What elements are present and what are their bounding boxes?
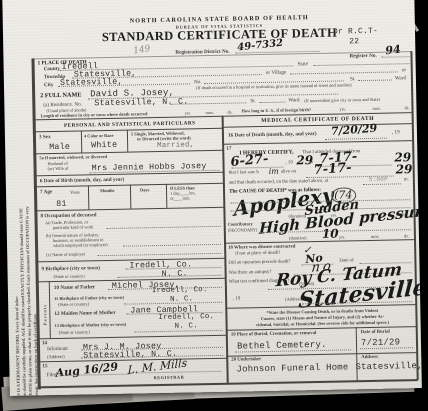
st-label: St. bbox=[350, 76, 356, 82]
months-label: Months bbox=[100, 188, 114, 193]
filed-number: 15 bbox=[42, 363, 47, 369]
years-label: Years bbox=[70, 190, 80, 195]
dotted-line bbox=[97, 253, 221, 256]
dotted-line bbox=[325, 138, 387, 140]
dotted-line bbox=[358, 80, 392, 82]
yrs-label: yrs. bbox=[184, 110, 191, 115]
residence-value: Statesville, N. C. bbox=[94, 96, 188, 108]
rule bbox=[37, 335, 227, 340]
occupation-label: 8 Occupation of deceased bbox=[40, 212, 96, 219]
dotted-line bbox=[107, 226, 221, 229]
occupation-b3-label: which employed (or employer) bbox=[53, 242, 108, 248]
dotted-line bbox=[314, 63, 410, 66]
sex-value: Male bbox=[49, 142, 70, 152]
date-of-death-value: 7/20/29 bbox=[330, 122, 377, 138]
contributory-label: Contributory bbox=[228, 221, 253, 226]
nonresident-note: (If nonresident give city or town and St… bbox=[304, 97, 380, 103]
burial-place-label: 19 Place of Burial, Cremation, or remova… bbox=[231, 331, 317, 338]
parents-vertical-label: Parents bbox=[42, 304, 47, 325]
rule bbox=[130, 185, 131, 209]
dotted-line bbox=[381, 56, 409, 58]
operation-label: Did an operation precede death? bbox=[228, 260, 290, 266]
age-value: 81 bbox=[56, 199, 67, 209]
foreign-birth-label: How long in U. S., if of foreign birth? bbox=[241, 107, 311, 113]
secondary-label: (SECONDARY) bbox=[228, 227, 258, 233]
dotted-line bbox=[259, 102, 285, 103]
residence-st-label: St. bbox=[250, 98, 256, 104]
marital-value: Married, bbox=[157, 141, 194, 150]
doctor-stamp: Dr R.C.T- bbox=[333, 27, 378, 37]
mos-label: mos. bbox=[372, 106, 381, 111]
from-19-label: , 19 bbox=[285, 160, 292, 165]
dotted-line bbox=[363, 183, 401, 185]
duration2-label: (duration) bbox=[289, 235, 307, 240]
duration2-value: 10 bbox=[322, 227, 339, 241]
undertaker-value: Johnson Funeral Home bbox=[236, 362, 348, 374]
mos-label: mos. bbox=[205, 110, 214, 115]
rule bbox=[166, 184, 167, 208]
alive-on-label: alive on bbox=[281, 169, 296, 174]
days-label: Days bbox=[140, 187, 149, 192]
m-label: m. bbox=[404, 177, 409, 182]
register-no-value: 94 bbox=[385, 43, 402, 58]
rule bbox=[127, 130, 128, 152]
color-race-value: White bbox=[91, 140, 117, 150]
rule bbox=[81, 130, 82, 152]
item-17-number: 17 bbox=[226, 146, 231, 152]
mother-birthplace-label: 13 Birthplace of Mother (city or town) bbox=[55, 322, 127, 328]
birthplace-state-value: N. C. bbox=[162, 268, 188, 279]
doctor-stamp-number: 22 bbox=[349, 37, 359, 46]
register-no-label: Register No. bbox=[349, 53, 376, 60]
pencil-annotation: 149 bbox=[133, 44, 152, 57]
rule bbox=[49, 281, 51, 338]
father-birthplace-label: 11 Birthplace of Father (city or town) bbox=[54, 295, 124, 301]
undertaker-label: 20 Undertaker bbox=[231, 357, 261, 363]
wife-of-label: (or) Wife of bbox=[48, 166, 69, 171]
residence-ward-label: Ward. bbox=[288, 97, 301, 103]
yrs-label: yrs. bbox=[339, 106, 346, 111]
county-label: County bbox=[44, 66, 61, 72]
certificate-scan: THIS IS A PERMANENT RECORD. Every item o… bbox=[2, 0, 422, 396]
mother-state-country-label: (State or country) bbox=[59, 329, 90, 335]
where-contracted-label: 18 Where was disease contracted bbox=[228, 244, 295, 250]
last-seen-date-value: 7-17- bbox=[313, 160, 352, 178]
date-of-death-19: , 19 bbox=[392, 129, 400, 135]
rule bbox=[224, 239, 415, 244]
father-birthplace-value: Iredell, Co. bbox=[152, 286, 208, 295]
dotted-line bbox=[123, 244, 221, 247]
dotted-line bbox=[290, 71, 398, 74]
rule bbox=[222, 140, 413, 145]
dotted-line bbox=[170, 102, 246, 104]
rule bbox=[88, 185, 89, 209]
where-contracted-label2: if not at place of death? bbox=[235, 251, 280, 257]
if-less-label3: or____min. bbox=[170, 195, 190, 200]
time-of-death-value: 5:00P bbox=[369, 176, 388, 183]
ds-label: ds. bbox=[227, 110, 232, 115]
mos-label: mos. bbox=[371, 234, 380, 239]
sex-label: 3 Sex bbox=[39, 134, 51, 140]
father-name-label: 10 Name of Father bbox=[54, 284, 95, 291]
informant-address-label: (Address) bbox=[47, 354, 64, 359]
birthplace-label: 9 Birthplace (city or town) bbox=[41, 265, 100, 272]
married-widowed-label: 5a If married, widowed, or divorced bbox=[39, 154, 107, 160]
or-label: or bbox=[402, 67, 406, 73]
undertaker-address-value: Statesville, bbox=[355, 361, 422, 372]
occupation-c-label: (c) Name of employer bbox=[46, 251, 85, 257]
date-of-birth-label: 6 Date of Birth (month, day, and year) bbox=[40, 177, 125, 185]
dotted-line bbox=[360, 347, 413, 349]
dotted-line bbox=[135, 330, 223, 333]
rule bbox=[226, 352, 417, 357]
mother-birthplace-value: Iredell, Co. bbox=[158, 313, 214, 322]
registrar-label: REGISTRAR bbox=[154, 375, 185, 381]
father-state-country-label: (State or country) bbox=[58, 301, 89, 307]
sig-19-label: , 19 bbox=[233, 296, 240, 301]
mother-name-label: 12 Maiden Name of Mother bbox=[54, 310, 115, 317]
occupation-a2-label: particular kind of work bbox=[53, 224, 94, 230]
last-saw-fill: im bbox=[269, 167, 279, 176]
ds-label: ds. bbox=[404, 105, 409, 110]
full-name-label: 2 FULL NAME bbox=[40, 91, 81, 99]
date-of-death-label: 16 Date of Death (month, day, and year) bbox=[228, 131, 317, 139]
last-seen-year-value: 29 bbox=[396, 162, 413, 176]
autopsy-label: Was there an autopsy? bbox=[229, 270, 272, 276]
city-label: City bbox=[44, 82, 54, 88]
age-label: 7 Age bbox=[40, 189, 52, 195]
state-label: State bbox=[298, 61, 308, 67]
last-saw-label: that I last saw h bbox=[229, 170, 259, 176]
date-of-label: Date of bbox=[339, 258, 353, 263]
undertaker-address-label: Address bbox=[361, 355, 378, 360]
informant-label: Informant bbox=[47, 346, 68, 352]
ds-label: ds. bbox=[404, 233, 409, 238]
state-or-country-label: (State or country) bbox=[54, 273, 85, 279]
marital-label2: or Divorced (write the word) bbox=[137, 135, 191, 141]
color-race-label: 4 Color or Race bbox=[84, 133, 114, 139]
burial-date-label: Date of Burial bbox=[361, 330, 390, 336]
filed-date-value: Aug 16/29 bbox=[55, 360, 119, 380]
ward-label: Ward bbox=[395, 75, 406, 81]
or-village-label: or Village bbox=[266, 70, 287, 76]
yrs-label: yrs. bbox=[339, 234, 346, 239]
